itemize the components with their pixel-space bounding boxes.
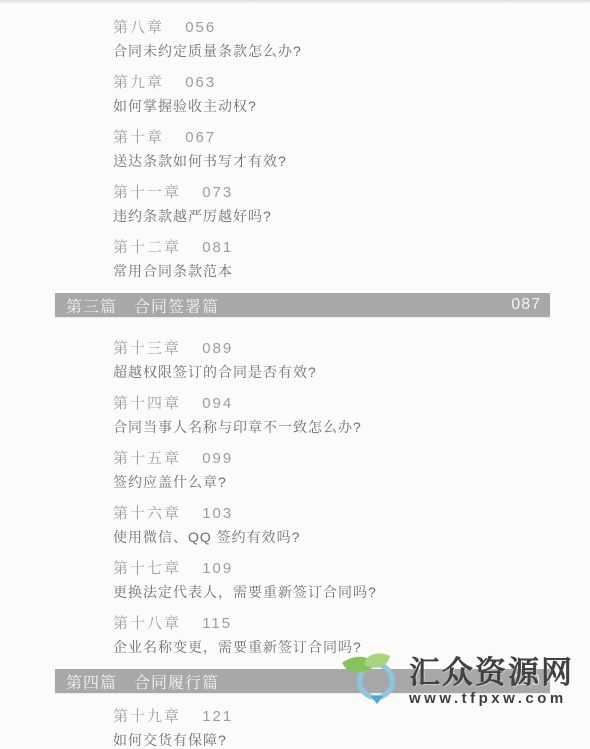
toc-entry: 第十章 067 送达条款如何书写才有效? <box>113 128 590 170</box>
toc-entry: 第十九章 121 如何交货有保障? <box>113 707 590 749</box>
toc-entry: 第十六章 103 使用微信、QQ 签约有效吗? <box>113 504 590 546</box>
toc-entry: 第十三章 089 超越权限签订的合同是否有效? <box>113 339 590 381</box>
chapter-title: 如何掌握验收主动权? <box>113 97 590 115</box>
chapter-heading: 第十八章 115 <box>113 614 590 633</box>
section-page-number: 087 <box>511 296 541 314</box>
toc-entry: 第十七章 109 更换法定代表人，需要重新签订合同吗? <box>113 559 590 601</box>
chapter-heading: 第九章 063 <box>113 73 590 92</box>
logo-triangle <box>371 696 383 704</box>
chapter-label: 第九章 <box>113 74 164 91</box>
chapter-page-number: 121 <box>202 708 233 725</box>
chapter-heading: 第八章 056 <box>113 18 590 37</box>
watermark-text-block: 汇众资源网 www.tfpxw.com <box>409 651 574 706</box>
chapter-page-number: 067 <box>185 129 216 146</box>
chapter-page-number: 056 <box>185 19 216 36</box>
toc-list: 第八章 056 合同未约定质量条款怎么办? 第九章 063 如何掌握验收主动权?… <box>0 0 590 749</box>
chapter-title: 常用合同条款范本 <box>113 262 590 280</box>
chapter-page-number: 063 <box>185 74 216 91</box>
chapter-page-number: 073 <box>202 184 233 201</box>
chapter-label: 第十三章 <box>113 340 181 357</box>
chapter-heading: 第十四章 094 <box>113 394 590 413</box>
chapter-title: 合同未约定质量条款怎么办? <box>113 42 590 60</box>
chapter-title: 合同当事人名称与印章不一致怎么办? <box>113 418 590 436</box>
section-label: 第四篇 合同履行篇 <box>66 670 219 693</box>
chapter-heading: 第十二章 081 <box>113 238 590 257</box>
watermark-site-name: 汇众资源网 <box>409 657 574 688</box>
toc-entry: 第八章 056 合同未约定质量条款怎么办? <box>113 18 590 60</box>
chapter-title: 更换法定代表人，需要重新签订合同吗? <box>113 583 590 601</box>
toc-entry: 第十五章 099 签约应盖什么章? <box>113 449 590 491</box>
chapter-title: 违约条款越严厉越好吗? <box>113 207 590 225</box>
section-label: 第三篇 合同签署篇 <box>66 294 219 317</box>
chapter-page-number: 081 <box>202 239 233 256</box>
toc-entry: 第九章 063 如何掌握验收主动权? <box>113 73 590 115</box>
chapter-page-number: 099 <box>202 450 233 467</box>
chapter-page-number: 115 <box>202 615 232 632</box>
chapter-label: 第八章 <box>113 19 164 36</box>
toc-entry: 第十二章 081 常用合同条款范本 <box>113 238 590 280</box>
toc-entry: 第十一章 073 违约条款越严厉越好吗? <box>113 183 590 225</box>
chapter-heading: 第十章 067 <box>113 128 590 147</box>
chapter-heading: 第十七章 109 <box>113 559 590 578</box>
chapter-label: 第十二章 <box>113 239 181 256</box>
toc-entry: 第十八章 115 企业名称变更，需要重新签订合同吗? <box>113 614 590 656</box>
chapter-label: 第十四章 <box>113 395 181 412</box>
site-watermark: 汇众资源网 www.tfpxw.com <box>344 651 574 711</box>
toc-entry: 第十四章 094 合同当事人名称与印章不一致怎么办? <box>113 394 590 436</box>
section-band-part3: 第三篇 合同签署篇 087 <box>55 293 550 317</box>
chapter-title: 如何交货有保障? <box>113 731 590 749</box>
chapter-title: 超越权限签订的合同是否有效? <box>113 363 590 381</box>
chapter-heading: 第十五章 099 <box>113 449 590 468</box>
chapter-title: 送达条款如何书写才有效? <box>113 152 590 170</box>
chapter-page-number: 089 <box>202 340 233 357</box>
sprout-circle-logo-icon <box>344 651 402 711</box>
chapter-page-number: 103 <box>202 505 233 522</box>
chapter-title: 使用微信、QQ 签约有效吗? <box>113 528 590 546</box>
chapter-title: 签约应盖什么章? <box>113 473 590 491</box>
chapter-heading: 第十一章 073 <box>113 183 590 202</box>
chapter-page-number: 109 <box>202 560 233 577</box>
chapter-heading: 第十三章 089 <box>113 339 590 358</box>
chapter-label: 第十八章 <box>113 615 181 632</box>
chapter-heading: 第十六章 103 <box>113 504 590 523</box>
watermark-site-url: www.tfpxw.com <box>409 691 574 706</box>
chapter-label: 第十七章 <box>113 560 181 577</box>
book-toc-page: 第八章 056 合同未约定质量条款怎么办? 第九章 063 如何掌握验收主动权?… <box>0 0 590 749</box>
chapter-label: 第十章 <box>113 129 164 146</box>
chapter-label: 第十六章 <box>113 505 181 522</box>
chapter-label: 第十五章 <box>113 450 181 467</box>
chapter-page-number: 094 <box>202 395 233 412</box>
chapter-label: 第十一章 <box>113 184 181 201</box>
chapter-label: 第十九章 <box>113 708 181 725</box>
